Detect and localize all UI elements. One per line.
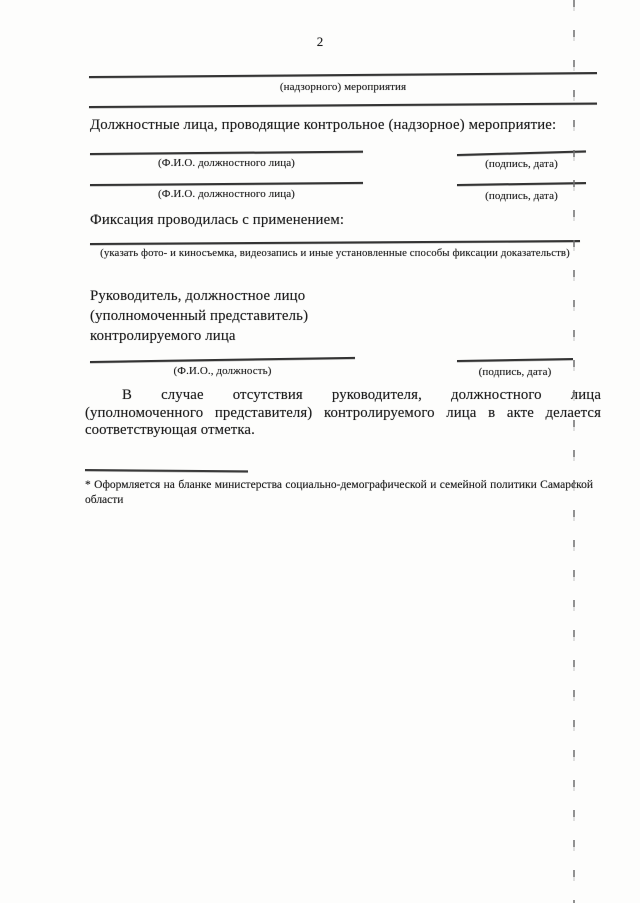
officials-heading: Должностные лица, проводящие контрольное… <box>90 117 590 134</box>
page-number: 2 <box>0 34 640 50</box>
official-name-caption: (Ф.И.О. должностного лица) <box>90 157 363 169</box>
note-line: (уполномоченного представителя) контроли… <box>85 405 601 423</box>
footnote-line: области <box>85 493 593 508</box>
official-signature-caption: (подпись, дата) <box>457 158 586 170</box>
footnote-separator-line <box>85 469 248 472</box>
official-signature-line <box>457 182 586 186</box>
document-page: 2 (надзорного) мероприятия Должностные л… <box>0 0 640 903</box>
head-official-line: Руководитель, должностное лицо <box>90 286 420 306</box>
official-name-line <box>90 151 363 155</box>
continuation-caption: (надзорного) мероприятия <box>89 81 597 93</box>
official-signature-line <box>457 150 586 155</box>
footnote-line: * Оформляется на бланке министерства соц… <box>85 478 593 493</box>
note-line: соответствующая отметка. <box>85 422 601 440</box>
head-signature-caption: (подпись, дата) <box>457 366 573 378</box>
official-name-line <box>90 182 363 186</box>
head-name-line <box>90 357 355 363</box>
head-name-caption: (Ф.И.О., должность) <box>90 365 355 377</box>
head-official-line: (уполномоченный представитель) <box>90 306 420 326</box>
scan-artifact-line <box>573 0 575 903</box>
head-official-line: контролируемого лица <box>90 326 420 346</box>
fixation-heading: Фиксация проводилась с применением: <box>90 212 490 229</box>
head-official-block: Руководитель, должностное лицо (уполномо… <box>90 286 420 346</box>
note-paragraph: В случае отсутствия руководителя, должно… <box>85 387 601 440</box>
official-signature-caption: (подпись, дата) <box>457 190 586 202</box>
head-signature-line <box>457 358 573 362</box>
note-line: В случае отсутствия руководителя, должно… <box>85 387 601 405</box>
footnote: * Оформляется на бланке министерства соц… <box>85 478 593 507</box>
official-name-caption: (Ф.И.О. должностного лица) <box>90 188 363 200</box>
continuation-rule-bottom <box>89 102 597 107</box>
fixation-fill-line <box>90 240 580 245</box>
fixation-caption: (указать фото- и киносъемка, видеозапись… <box>90 247 580 259</box>
continuation-rule-top <box>89 72 597 78</box>
